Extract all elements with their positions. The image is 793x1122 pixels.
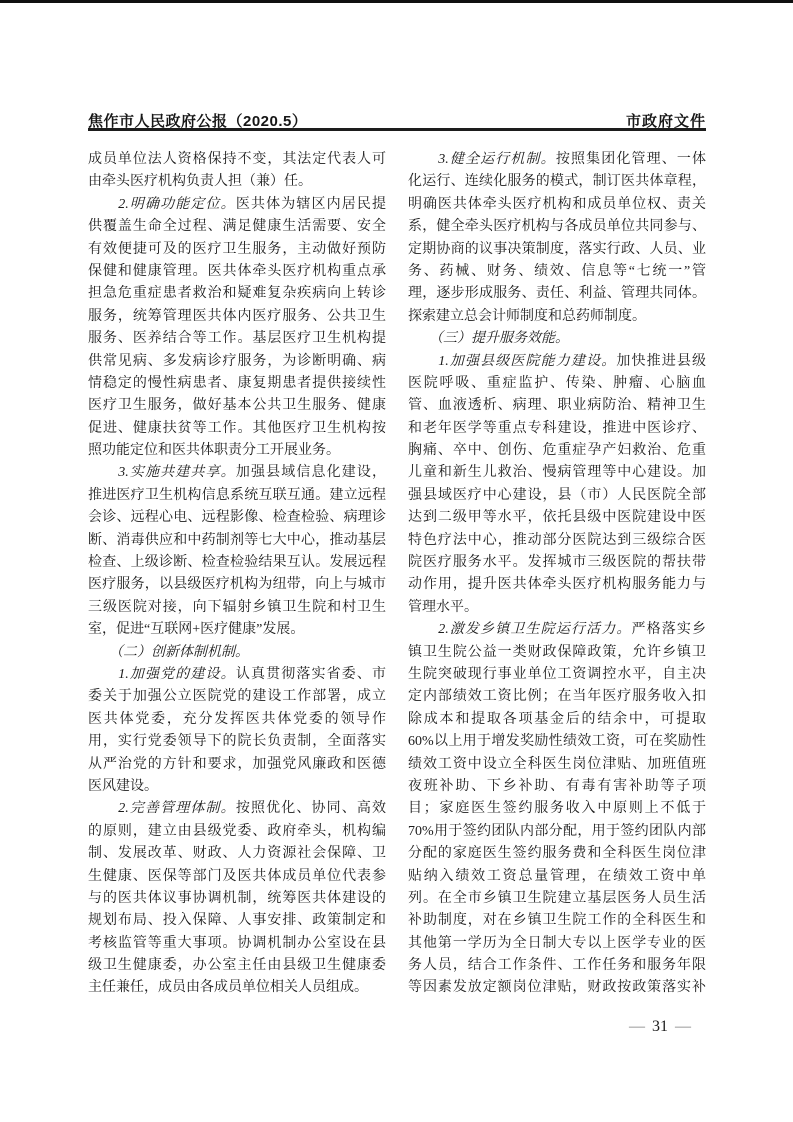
text-line: 保健和健康管理。医共体牵头医疗机构重点承 [88, 261, 386, 283]
text-run: 断、消毒供应和中药制剂等七大中心，推动基层 [88, 533, 386, 548]
text-line: 夜班补助、下乡补助、有毒有害补助等子项 [408, 776, 706, 798]
text-run: 生院突破现行事业单位工资调控水平，自主决 [408, 667, 706, 682]
text-run: 定内部绩效工资比例；在当年医疗服务收入扣 [408, 689, 706, 704]
text-line: 理，逐步形成服务、责任、利益、管理共同体。 [408, 283, 706, 305]
text-run: 补助制度，对在乡镇卫生院工作的全科医生和 [408, 913, 706, 928]
text-line: 服务、医养结合等工作。基层医疗卫生机构提 [88, 328, 386, 350]
text-line: 照功能定位和医共体职责分工开展业务。 [88, 440, 386, 462]
text-run: 委关于加强公立医院党的建设工作部署，成立 [88, 689, 386, 704]
text-line: 60%以上用于增发奖励性绩效工资，可在奖励性 [408, 731, 706, 753]
text-line: 级卫生健康委，办公室主任由县级卫生健康委 [88, 955, 386, 977]
text-run: 严格落实乡 [631, 622, 706, 637]
text-run: 用，实行党委领导下的院长负责制，全面落实 [88, 734, 386, 749]
text-run: 绩效工资中设立全科医生岗位津贴、加班值班 [408, 757, 706, 772]
text-line: 担急危重症患者救治和疑难复杂疾病向上转诊 [88, 283, 386, 305]
text-run: 达到二级甲等水平，依托县级中医院建设中医 [408, 510, 706, 525]
text-run: 镇卫生院公益一类财政保障政策，允许乡镇卫 [408, 645, 706, 660]
text-line: 系，健全牵头医疗机构与各成员单位共同参与、 [408, 216, 706, 238]
text-line: 其他第一学历为全日制大专以上医学专业的医 [408, 933, 706, 955]
text-run: 夜班补助、下乡补助、有毒有害补助等子项 [408, 779, 706, 794]
text-run [88, 465, 118, 480]
text-line: 2.激发乡镇卫生院运行活力。严格落实乡 [408, 619, 706, 641]
text-run: 照功能定位和医共体职责分工开展业务。 [88, 443, 340, 458]
text-line: 务人员，结合工作条件、工作任务和服务年限 [408, 955, 706, 977]
page-number: —31— [600, 1018, 720, 1036]
text-line: 除成本和提取各项基金后的结余中，可提取 [408, 709, 706, 731]
text-run: 与的医共体议事协调机制，统筹医共体建设的 [88, 891, 386, 906]
text-line: 供常见病、多发病诊疗服务，为诊断明确、病 [88, 351, 386, 373]
text-run: 医共体为辖区内居民提 [236, 197, 386, 212]
text-run: 等因素发放定额岗位津贴，财政按政策落实补 [408, 980, 706, 995]
text-line: 特色疗法中心，推动部分医院达到三级综合医 [408, 530, 706, 552]
text-run: 服务、医养结合等工作。基层医疗卫生机构提 [88, 331, 386, 346]
text-line: 化运行、连续化服务的模式，制订医共体章程， [408, 171, 706, 193]
text-line: 医风建设。 [88, 776, 386, 798]
text-run: 供常见病、多发病诊疗服务，为诊断明确、病 [88, 354, 386, 369]
text-run: 制、发展改革、财政、人力资源社会保障、卫 [88, 846, 386, 861]
text-run: 医疗服务，以县级医疗机构为纽带，向上与城市 [88, 577, 386, 592]
header-rule [88, 128, 706, 131]
text-run: 和老年医学等重点专科建设，推进中医诊疗、 [408, 421, 706, 436]
page-number-dash-right: — [675, 1018, 691, 1035]
text-line: 和老年医学等重点专科建设，推进中医诊疗、 [408, 418, 706, 440]
kai-style-run: 3.健全运行机制。 [438, 152, 556, 167]
text-line: 定内部绩效工资比例；在当年医疗服务收入扣 [408, 686, 706, 708]
text-line: 医共体党委，充分发挥医共体党委的领导作 [88, 709, 386, 731]
text-run: 定期协商的议事决策制度，落实行政、人员、业 [408, 242, 706, 257]
text-line: 镇卫生院公益一类财政保障政策，允许乡镇卫 [408, 642, 706, 664]
kai-style-run: 2.明确功能定位。 [118, 197, 236, 212]
text-run: 按照优化、协同、高效 [236, 801, 386, 816]
text-run: 其他第一学历为全日制大专以上医学专业的医 [408, 936, 706, 951]
text-run: 理，逐步形成服务、责任、利益、管理共同体。 [408, 286, 706, 301]
text-run: 供覆盖生命全过程、满足健康生活需要、安全 [88, 219, 386, 234]
kai-style-run: 2.激发乡镇卫生院运行活力。 [438, 622, 631, 637]
text-run: 室，促进“互联网+医疗健康”发展。 [88, 622, 304, 637]
text-line: 医院呼吸、重症监护、传染、肿瘤、心脑血 [408, 373, 706, 395]
text-line: （三）提升服务效能。 [408, 328, 706, 350]
text-run [408, 331, 436, 346]
text-run: 管、血液透析、病理、职业病防治、精神卫生 [408, 398, 706, 413]
text-run: 儿童和新生儿救治、慢病管理等中心建设。加 [408, 465, 706, 480]
text-run [88, 667, 118, 682]
text-line: 2.明确功能定位。医共体为辖区内居民提 [88, 194, 386, 216]
text-run: 按照集团化管理、一体 [556, 152, 706, 167]
text-run: 有效便捷可及的医疗卫生服务，主动做好预防 [88, 242, 386, 257]
text-line: 制、发展改革、财政、人力资源社会保障、卫 [88, 843, 386, 865]
text-line: 服务，统筹管理医共体内医疗服务、公共卫生 [88, 306, 386, 328]
text-run: 医疗卫生服务，做好基本公共卫生服务、健康 [88, 398, 386, 413]
text-run: 情稳定的慢性病患者、康复期患者提供接续性 [88, 376, 386, 391]
right-text-column: 3.健全运行机制。按照集团化管理、一体化运行、连续化服务的模式，制订医共体章程，… [408, 149, 706, 1000]
document-page: 焦作市人民政府公报（2020.5） 市政府文件 成员单位法人资格保持不变，其法定… [0, 0, 793, 1122]
kai-style-run: （二）创新体制机制。 [116, 645, 249, 660]
text-line: 断、消毒供应和中药制剂等七大中心，推动基层 [88, 530, 386, 552]
text-run: 生健康、医保等部门及医共体成员单位代表参 [88, 869, 386, 884]
left-text-column: 成员单位法人资格保持不变，其法定代表人可由牵头医疗机构负责人担（兼）任。 2.明… [88, 149, 386, 1000]
text-run: 促进、健康扶贫等工作。其他医疗卫生机构按 [88, 421, 386, 436]
text-run: 分配的家庭医生签约服务费和全科医生岗位津 [408, 846, 706, 861]
text-line: 儿童和新生儿救治、慢病管理等中心建设。加 [408, 462, 706, 484]
text-line: 医疗服务，以县级医疗机构为纽带，向上与城市 [88, 574, 386, 596]
text-run: 会诊、远程心电、远程影像、检查检验、病理诊 [88, 510, 386, 525]
text-run: 加强县域信息化建设， [236, 465, 386, 480]
text-run: 胸痛、卒中、创伤、危重症孕产妇救治、危重 [408, 443, 706, 458]
text-line: 等因素发放定额岗位津贴，财政按政策落实补 [408, 977, 706, 999]
text-line: 规划布局、投入保障、人事安排、政策制定和 [88, 910, 386, 932]
text-run: 管理水平。 [408, 600, 478, 615]
text-line: 用，实行党委领导下的院长负责制，全面落实 [88, 731, 386, 753]
text-line: 1.加强县级医院能力建设。加快推进县级 [408, 351, 706, 373]
text-run: 化运行、连续化服务的模式，制订医共体章程， [408, 174, 706, 189]
text-line: 情稳定的慢性病患者、康复期患者提供接续性 [88, 373, 386, 395]
text-line: 供覆盖生命全过程、满足健康生活需要、安全 [88, 216, 386, 238]
text-line: 生院突破现行事业单位工资调控水平，自主决 [408, 664, 706, 686]
text-line: 1.加强党的建设。认真贯彻落实省委、市 [88, 664, 386, 686]
text-line: 促进、健康扶贫等工作。其他医疗卫生机构按 [88, 418, 386, 440]
text-run [88, 197, 118, 212]
text-line: 明确医共体牵头医疗机构和成员单位权、责关 [408, 194, 706, 216]
text-line: 补助制度，对在乡镇卫生院工作的全科医生和 [408, 910, 706, 932]
text-line: 成员单位法人资格保持不变，其法定代表人可 [88, 149, 386, 171]
text-run: 推进医疗卫生机构信息系统互联互通。建立远程 [88, 488, 386, 503]
text-run: 探索建立总会计师制度和总药师制度。 [408, 309, 646, 324]
text-run: 70%用于签约团队内部分配，用于签约团队内部 [408, 824, 706, 839]
text-run: 务、药械、财务、绩效、信息等“七统一”管 [408, 264, 706, 279]
text-line: （二）创新体制机制。 [88, 642, 386, 664]
text-line: 3.实施共建共享。加强县域信息化建设， [88, 462, 386, 484]
text-run: 由牵头医疗机构负责人担（兼）任。 [88, 174, 312, 189]
text-run [408, 622, 438, 637]
text-run [88, 801, 118, 816]
text-run: 级卫生健康委，办公室主任由县级卫生健康委 [88, 958, 386, 973]
text-run: 检查、上级诊断、检查检验结果互认。发展远程 [88, 555, 386, 570]
text-line: 绩效工资中设立全科医生岗位津贴、加班值班 [408, 754, 706, 776]
text-line: 的原则，建立由县级党委、政府牵头，机构编 [88, 821, 386, 843]
text-line: 贴纳入绩效工资总量管理，在绩效工资中单 [408, 866, 706, 888]
text-line: 检查、上级诊断、检查检验结果互认。发展远程 [88, 552, 386, 574]
text-line: 定期协商的议事决策制度，落实行政、人员、业 [408, 239, 706, 261]
text-line: 室，促进“互联网+医疗健康”发展。 [88, 619, 386, 641]
text-line: 推进医疗卫生机构信息系统互联互通。建立远程 [88, 485, 386, 507]
text-run: 明确医共体牵头医疗机构和成员单位权、责关 [408, 197, 706, 212]
text-line: 3.健全运行机制。按照集团化管理、一体 [408, 149, 706, 171]
text-line: 目；家庭医生签约服务收入中原则上不低于 [408, 798, 706, 820]
text-run [88, 645, 116, 660]
text-run: 成员单位法人资格保持不变，其法定代表人可 [88, 152, 386, 167]
text-line: 2.完善管理体制。按照优化、协同、高效 [88, 798, 386, 820]
text-run: 动作用，提升医共体牵头医疗机构服务能力与 [408, 577, 706, 592]
text-run: 医院呼吸、重症监护、传染、肿瘤、心脑血 [408, 376, 706, 391]
text-run: 认真贯彻落实省委、市 [236, 667, 386, 682]
text-line: 生健康、医保等部门及医共体成员单位代表参 [88, 866, 386, 888]
text-run: 医风建设。 [88, 779, 158, 794]
text-line: 医疗卫生服务，做好基本公共卫生服务、健康 [88, 395, 386, 417]
text-line: 从严治党的方针和要求，加强党风廉政和医德 [88, 754, 386, 776]
text-line: 列。在全市乡镇卫生院建立基层医务人员生活 [408, 888, 706, 910]
text-run: 保健和健康管理。医共体牵头医疗机构重点承 [88, 264, 386, 279]
text-run: 务人员，结合工作条件、工作任务和服务年限 [408, 958, 706, 973]
text-run: 主任兼任，成员由各成员单位相关人员组成。 [88, 980, 368, 995]
kai-style-run: 3.实施共建共享。 [118, 465, 236, 480]
text-run [408, 354, 438, 369]
text-run: 从严治党的方针和要求，加强党风廉政和医德 [88, 757, 386, 772]
kai-style-run: （三）提升服务效能。 [436, 331, 569, 346]
text-run: 三级医院对接，向下辐射乡镇卫生院和村卫生 [88, 600, 386, 615]
text-line: 会诊、远程心电、远程影像、检查检验、病理诊 [88, 507, 386, 529]
text-run: 系，健全牵头医疗机构与各成员单位共同参与、 [408, 219, 706, 234]
text-run: 特色疗法中心，推动部分医院达到三级综合医 [408, 533, 706, 548]
text-line: 胸痛、卒中、创伤、危重症孕产妇救治、危重 [408, 440, 706, 462]
text-run: 规划布局、投入保障、人事安排、政策制定和 [88, 913, 386, 928]
text-line: 强县域医疗中心建设，县（市）人民医院全部 [408, 485, 706, 507]
kai-style-run: 1.加强县级医院能力建设。 [438, 354, 616, 369]
text-run: 列。在全市乡镇卫生院建立基层医务人员生活 [408, 891, 706, 906]
text-run: 目；家庭医生签约服务收入中原则上不低于 [408, 801, 706, 816]
text-run: 服务，统筹管理医共体内医疗服务、公共卫生 [88, 309, 386, 324]
text-line: 委关于加强公立医院党的建设工作部署，成立 [88, 686, 386, 708]
text-run [408, 152, 438, 167]
page-number-dash-left: — [629, 1018, 645, 1035]
text-run: 加快推进县级 [616, 354, 706, 369]
text-line: 三级医院对接，向下辐射乡镇卫生院和村卫生 [88, 597, 386, 619]
text-run: 担急危重症患者救治和疑难复杂疾病向上转诊 [88, 286, 386, 301]
text-run: 除成本和提取各项基金后的结余中，可提取 [408, 712, 706, 727]
text-line: 探索建立总会计师制度和总药师制度。 [408, 306, 706, 328]
page-number-value: 31 [652, 1018, 668, 1035]
text-line: 动作用，提升医共体牵头医疗机构服务能力与 [408, 574, 706, 596]
text-line: 分配的家庭医生签约服务费和全科医生岗位津 [408, 843, 706, 865]
text-run: 的原则，建立由县级党委、政府牵头，机构编 [88, 824, 386, 839]
kai-style-run: 1.加强党的建设。 [118, 667, 236, 682]
scan-edge-artifact [0, 0, 793, 3]
text-line: 有效便捷可及的医疗卫生服务，主动做好预防 [88, 239, 386, 261]
text-run: 60%以上用于增发奖励性绩效工资，可在奖励性 [408, 734, 706, 749]
kai-style-run: 2.完善管理体制。 [118, 801, 236, 816]
text-line: 与的医共体议事协调机制，统筹医共体建设的 [88, 888, 386, 910]
text-line: 管理水平。 [408, 597, 706, 619]
text-line: 由牵头医疗机构负责人担（兼）任。 [88, 171, 386, 193]
text-line: 考核监管等重大事项。协调机制办公室设在县 [88, 933, 386, 955]
text-run: 强县域医疗中心建设，县（市）人民医院全部 [408, 488, 706, 503]
text-line: 主任兼任，成员由各成员单位相关人员组成。 [88, 977, 386, 999]
text-line: 管、血液透析、病理、职业病防治、精神卫生 [408, 395, 706, 417]
text-line: 务、药械、财务、绩效、信息等“七统一”管 [408, 261, 706, 283]
text-line: 达到二级甲等水平，依托县级中医院建设中医 [408, 507, 706, 529]
text-line: 70%用于签约团队内部分配，用于签约团队内部 [408, 821, 706, 843]
text-run: 医共体党委，充分发挥医共体党委的领导作 [88, 712, 386, 727]
text-run: 考核监管等重大事项。协调机制办公室设在县 [88, 936, 386, 951]
text-run: 贴纳入绩效工资总量管理，在绩效工资中单 [408, 869, 706, 884]
text-line: 院医疗服务水平。发挥城市三级医院的帮扶带 [408, 552, 706, 574]
text-run: 院医疗服务水平。发挥城市三级医院的帮扶带 [408, 555, 706, 570]
